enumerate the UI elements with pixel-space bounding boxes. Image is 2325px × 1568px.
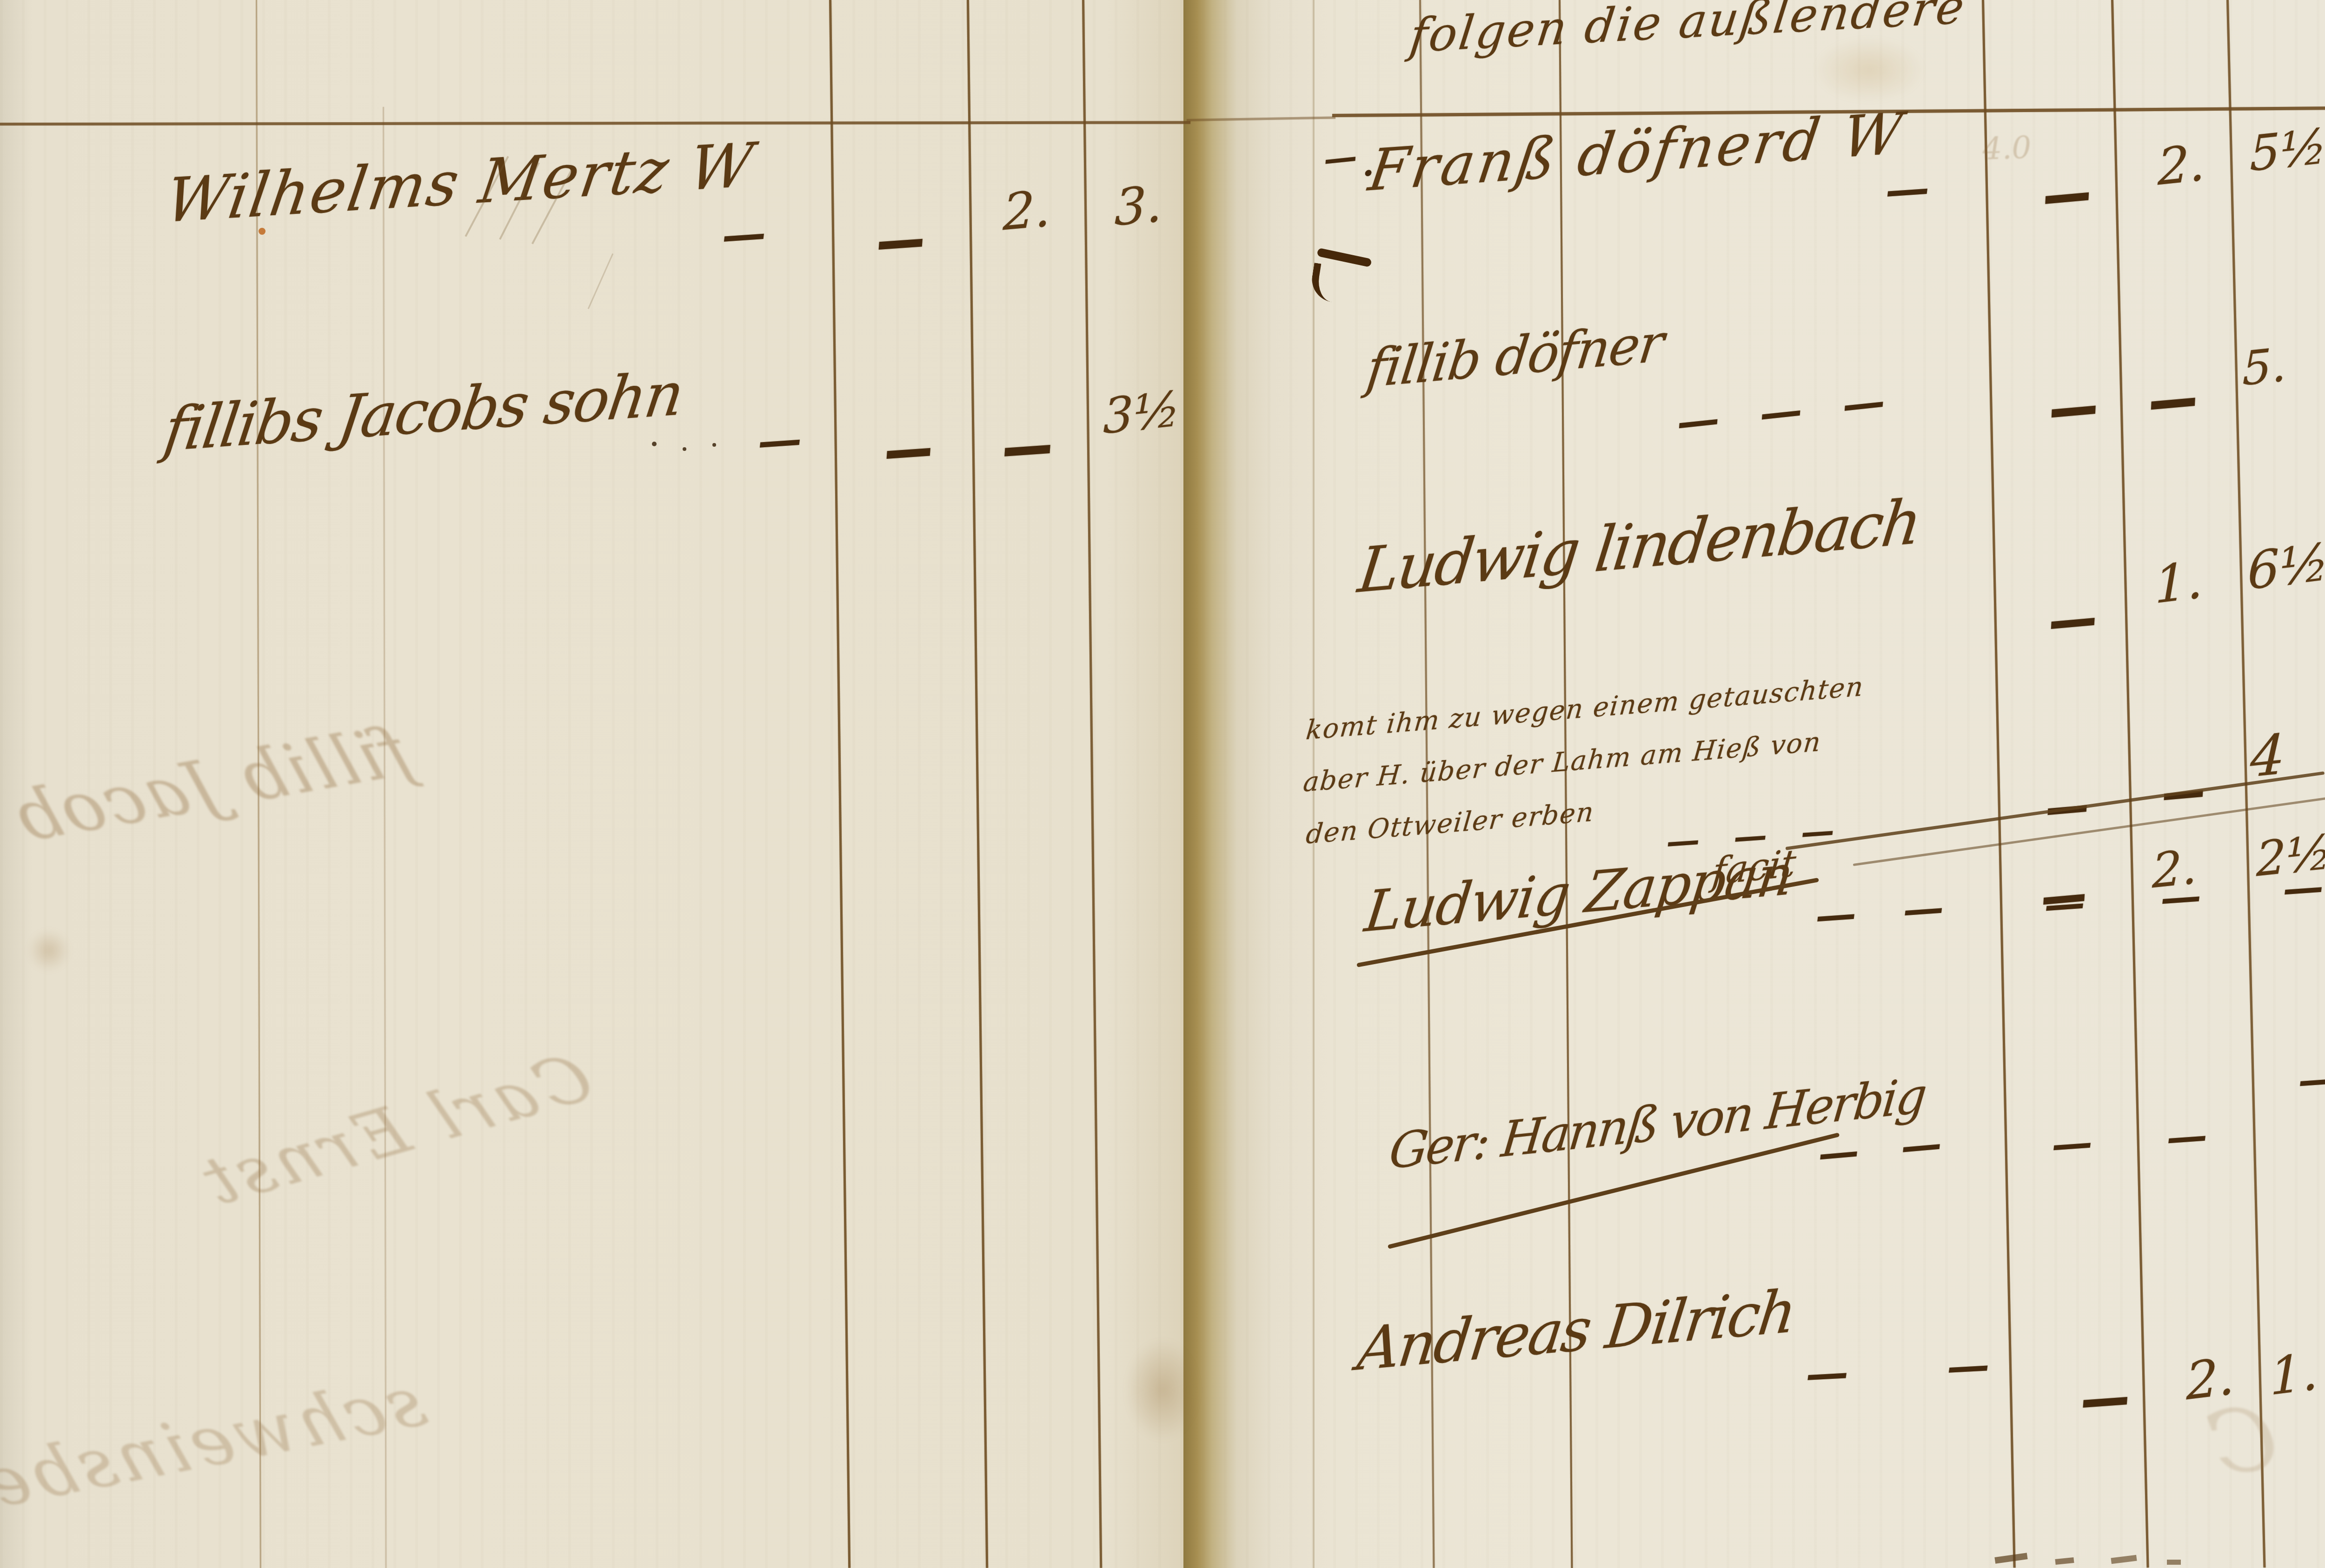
amount-cell: — <box>2045 581 2100 657</box>
edge-ink-fragment <box>2167 1560 2181 1565</box>
water-stain <box>1125 1339 1200 1441</box>
leader-dash: — <box>756 413 804 467</box>
amount-cell: — <box>873 199 927 279</box>
amount-cell: — <box>2042 878 2086 929</box>
ink-speck <box>652 442 657 446</box>
orange-fleck <box>259 228 266 235</box>
leader-dash: — — <box>1804 1339 1991 1399</box>
paper-stain <box>28 930 70 972</box>
amount-cell: — <box>2296 1053 2325 1105</box>
ink-mark-dash: — <box>1322 136 1359 179</box>
amount-cell: 3. <box>1114 175 1163 238</box>
leader-dash: — <box>720 207 768 261</box>
amount-cell: 1. <box>2269 1341 2318 1407</box>
amount-cell: — <box>2078 1358 2132 1436</box>
leader-dash: — <box>1883 162 1931 216</box>
amount-cell: 2. <box>1003 179 1051 242</box>
amount-cell: 5. <box>2242 337 2286 397</box>
amount-cell: — <box>2045 364 2101 448</box>
amount-cell: 1. <box>2154 549 2203 615</box>
paper-stain <box>1813 37 1925 102</box>
amount-cell: 2. <box>2158 133 2205 197</box>
ledger-spread: folgen die außlendere Wilhelms Mertz W —… <box>0 0 2325 1568</box>
ink-mark-dot: · <box>1362 153 1374 193</box>
leader-dash: — — <box>1813 883 1945 940</box>
amount-cell: — <box>2039 152 2094 234</box>
amount-cell: 3½ <box>1103 380 1180 445</box>
amount-cell: 5½. <box>2250 116 2325 183</box>
amount-cell: — <box>2159 871 2203 922</box>
amount-cell: 6½. <box>2247 529 2325 601</box>
amount-cell: — <box>2281 862 2325 913</box>
amount-cell: — <box>999 402 1055 488</box>
showthrough-marks: 4.0 <box>1982 129 2032 167</box>
amount-cell: — <box>881 408 935 489</box>
amount-cell: — <box>2165 1111 2209 1162</box>
amount-cell: — <box>2050 1118 2094 1169</box>
ink-speck <box>712 443 716 447</box>
ink-speck <box>683 447 686 451</box>
amount-cell: — <box>2145 356 2200 440</box>
showthrough-marks: C <box>2202 1385 2284 1496</box>
